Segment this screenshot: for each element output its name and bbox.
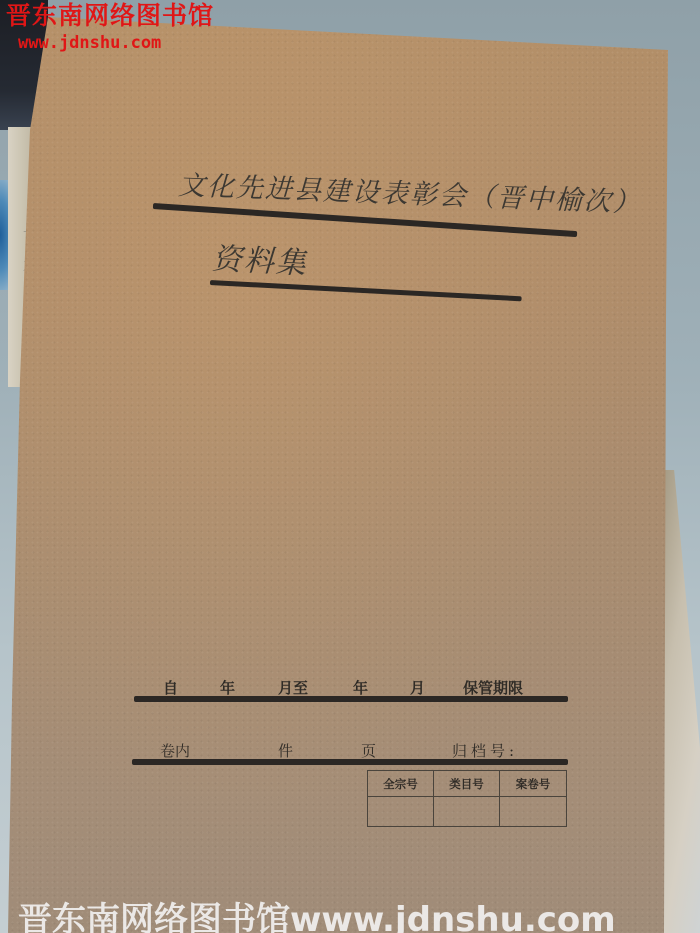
archive-number-table: 全宗号 类目号 案卷号 — [367, 770, 567, 827]
right-file-stack — [663, 470, 700, 933]
category-number-value[interactable] — [434, 797, 499, 826]
fonds-number-header: 全宗号 — [368, 771, 433, 797]
file-number-header: 案卷号 — [500, 771, 566, 797]
category-number-header: 类目号 — [434, 771, 499, 797]
top-watermark: 晋东南网络图书馆 www.jdnshu.com — [6, 0, 214, 54]
retention-period-label: 保管期限 — [463, 677, 523, 698]
pages-label: 页 — [361, 740, 376, 761]
items-label: 件 — [278, 740, 293, 761]
category-number-cell: 类目号 — [434, 771, 500, 826]
folder-cover — [0, 0, 700, 933]
top-watermark-title: 晋东南网络图书馆 — [6, 0, 214, 32]
date-month-to-label: 月至 — [278, 677, 308, 698]
fonds-number-cell: 全宗号 — [368, 771, 434, 826]
bottom-watermark: 晋东南网络图书馆www.jdnshu.com — [18, 892, 616, 933]
file-number-value[interactable] — [500, 797, 566, 826]
date-row-rule — [134, 696, 568, 702]
date-from-label: 自 — [163, 677, 178, 698]
top-watermark-url: www.jdnshu.com — [6, 32, 214, 54]
volume-inner-label: 卷内 — [160, 740, 190, 761]
date-month2-label: 月 — [410, 677, 425, 698]
date-year1-label: 年 — [220, 677, 235, 698]
count-row-rule — [132, 759, 568, 765]
fonds-number-value[interactable] — [368, 797, 433, 826]
archive-number-label: 归档号: — [452, 740, 518, 761]
file-number-cell: 案卷号 — [500, 771, 566, 826]
date-year2-label: 年 — [353, 677, 368, 698]
handwritten-subtitle: 资料集 — [211, 234, 309, 283]
